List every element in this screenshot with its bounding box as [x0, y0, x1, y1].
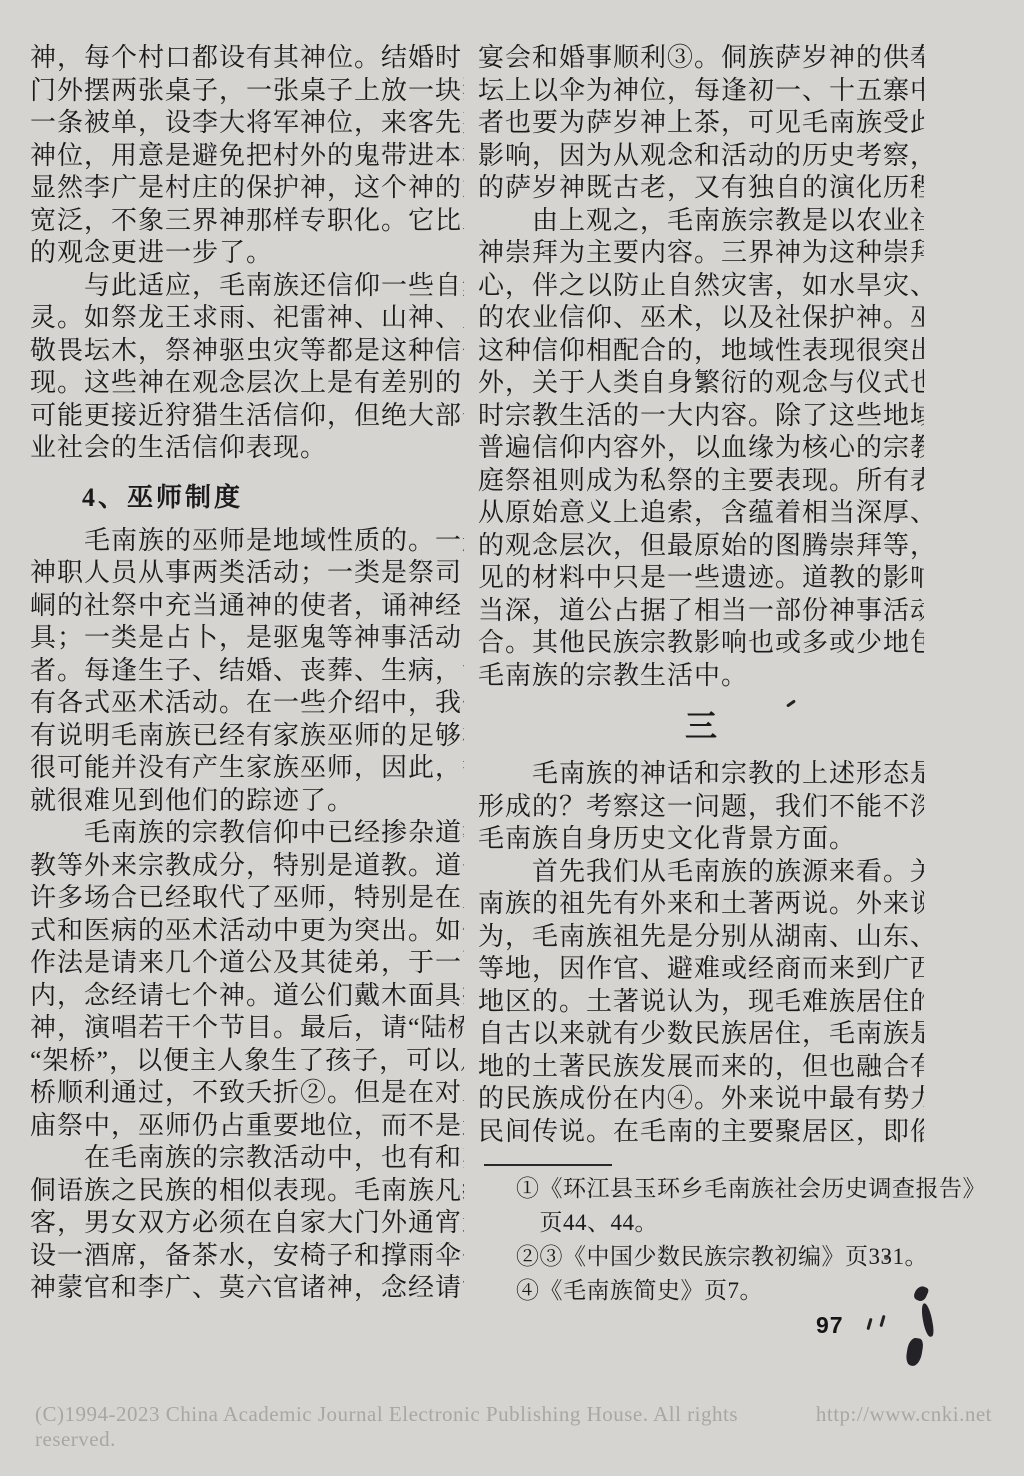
text-line: 敬畏坛木，祭神驱虫灾等都是这种信仰的表	[30, 335, 464, 368]
paragraph: 在毛南族的宗教活动中，也有和其他壮侗语族之民族的相似表现。毛南族凡结婚请客，男女…	[30, 1142, 464, 1305]
footnote-line: ①《环江县玉环乡毛南族社会历史调查报告》	[516, 1172, 924, 1206]
text-line: 客，男女双方必须在自家大门外通宵达旦地	[30, 1207, 464, 1240]
footnote-line: ④《毛南族简史》页7。	[516, 1274, 924, 1308]
text-line: 的民族成份在内④。外来说中最有势力者为	[478, 1083, 924, 1116]
text-line: 毛南族的宗教生活中。	[478, 660, 924, 693]
text-line: 在毛南族的宗教活动中，也有和其他壮	[30, 1142, 464, 1175]
footnote-divider	[484, 1164, 612, 1166]
text-line: 毛南族的神话和宗教的上述形态是怎样	[478, 758, 924, 791]
text-line: 自古以来就有少数民族居住，毛南族是由当	[478, 1018, 924, 1051]
page-number: 97	[816, 1312, 844, 1339]
text-line: 的农业信仰、巫术，以及社保护神。巫师是与	[478, 302, 924, 335]
cnki-watermark-footer: (C)1994-2023 China Academic Journal Elec…	[35, 1402, 992, 1452]
text-line: 式和医病的巫术活动中更为突出。如做桥的	[30, 915, 464, 948]
text-line: 神，每个村口都设有其神位。结婚时，主家在	[30, 42, 464, 75]
text-line: 门外摆两张桌子，一张桌子上放一块猪肉，	[30, 75, 464, 108]
text-line: 显然李广是村庄的保护神，这个神的意义较	[30, 172, 464, 205]
text-line: 现。这些神在观念层次上是有差别的，有的	[30, 367, 464, 400]
text-column-left: 神，每个村口都设有其神位。结婚时，主家在门外摆两张桌子，一张桌子上放一块猪肉，一…	[30, 42, 464, 1305]
paragraph: 首先我们从毛南族的族源来看。关于毛南族的祖先有外来和土著两说。外来说认为，毛南族…	[478, 856, 924, 1149]
text-line: 毛南族的宗教信仰中已经掺杂道教、佛	[30, 817, 464, 850]
footnote-line: 页44、44。	[516, 1206, 924, 1240]
text-line: 的观念更进一步了。	[30, 237, 464, 270]
text-line: 就很难见到他们的踪迹了。	[30, 785, 464, 818]
text-line: 毛南族自身历史文化背景方面。	[478, 823, 924, 856]
text-line: 可能更接近狩猎生活信仰，但绝大部分是农	[30, 400, 464, 433]
text-line: 合。其他民族宗教影响也或多或少地包含在	[478, 627, 924, 660]
text-line: 坛上以伞为神位，每逢初一、十五寨中侍神	[478, 75, 924, 108]
text-line: 设一酒席，备茶水，安椅子和撑雨伞供奉地方	[30, 1240, 464, 1273]
text-line: 峒的社祭中充当通神的使者，诵神经，着神	[30, 590, 464, 623]
text-line: 形成的？考察这一问题，我们不能不深入到	[478, 791, 924, 824]
text-line: 庭祭祖则成为私祭的主要表现。所有表现，	[478, 465, 924, 498]
text-column-right: 宴会和婚事顺利③。侗族萨岁神的供奉，神坛上以伞为神位，每逢初一、十五寨中侍神者也…	[478, 42, 924, 1308]
text-line: 具；一类是占卜，是驱鬼等神事活动的从事	[30, 622, 464, 655]
paragraph: 毛南族的神话和宗教的上述形态是怎样形成的？考察这一问题，我们不能不深入到毛南族自…	[478, 758, 924, 856]
text-line: 神职人员从事两类活动；一类是祭司，在村	[30, 557, 464, 590]
cnki-url: http://www.cnki.net	[816, 1402, 992, 1427]
text-line: 宴会和婚事顺利③。侗族萨岁神的供奉，神	[478, 42, 924, 75]
text-line: 地的土著民族发展而来的，但也融合有外来	[478, 1051, 924, 1084]
scanned-journal-page: 神，每个村口都设有其神位。结婚时，主家在门外摆两张桌子，一张桌子上放一块猪肉，一…	[0, 0, 1024, 1476]
text-line: 民间传说。在毛南的主要聚居区，即俗称的	[478, 1116, 924, 1149]
text-line: 普遍信仰内容外，以血缘为核心的宗教或家	[478, 432, 924, 465]
text-line: 从原始意义上追索，含蕴着相当深厚、久远	[478, 497, 924, 530]
text-line: 见的材料中只是一些遗迹。道教的影响已相	[478, 562, 924, 595]
text-line: 业社会的生活信仰表现。	[30, 432, 464, 465]
text-line: 有说明毛南族已经有家族巫师的足够材料，	[30, 720, 464, 753]
text-line: 桥顺利通过，不致夭折②。但是在对三界神的	[30, 1077, 464, 1110]
subsection-heading: 4、巫师制度	[30, 465, 464, 525]
text-line: 内，念经请七个神。道公们戴木面具扮成诸	[30, 980, 464, 1013]
ink-smudge	[884, 1255, 889, 1260]
text-line: 神蒙官和李广、莫六官诸神，念经请它们保护	[30, 1272, 464, 1305]
text-line: 外，关于人类自身繁衍的观念与仪式也是此	[478, 367, 924, 400]
text-line: 有各式巫术活动。在一些介绍中，我们还没见	[30, 687, 464, 720]
text-line: 神崇拜为主要内容。三界神为这种崇拜的核	[478, 237, 924, 270]
paragraph: 毛南族的宗教信仰中已经掺杂道教、佛教等外来宗教成分，特别是道教。道公们在许多场合…	[30, 817, 464, 1142]
text-line: 为，毛南族祖先是分别从湖南、山东、福建	[478, 921, 924, 954]
text-line: 时宗教生活的一大内容。除了这些地域性的	[478, 400, 924, 433]
text-line: 神，演唱若干个节目。最后，请“陆桥”来	[30, 1012, 464, 1045]
ink-smudge	[905, 1337, 924, 1367]
ink-smudge	[866, 1318, 872, 1330]
footnote-line: ②③《中国少数民族宗教初编》页331。	[516, 1240, 924, 1274]
text-line: 地区的。土著说认为，现毛难族居住的地方	[478, 986, 924, 1019]
ink-smudge	[879, 1315, 885, 1327]
text-line: 教等外来宗教成分，特别是道教。道公们在	[30, 850, 464, 883]
text-line: 影响，因为从观念和活动的历史考察，侗族	[478, 140, 924, 173]
text-line: 心，伴之以防止自然灾害，如水旱灾、虫灾	[478, 270, 924, 303]
text-line: 者。每逢生子、结婚、丧葬、生病，常常伴	[30, 655, 464, 688]
text-line: 由上观之，毛南族宗教是以农业社会社	[478, 205, 924, 238]
text-line: 毛南族的巫师是地域性质的。一般这些	[30, 525, 464, 558]
text-line: 侗语族之民族的相似表现。毛南族凡结婚请	[30, 1175, 464, 1208]
ink-smudge	[920, 1302, 935, 1337]
text-line: 南族的祖先有外来和土著两说。外来说认	[478, 888, 924, 921]
paragraph: 毛南族的巫师是地域性质的。一般这些神职人员从事两类活动；一类是祭司，在村峒的社祭…	[30, 525, 464, 818]
text-line: 神位，用意是避免把村外的鬼带进本村①。	[30, 140, 464, 173]
paragraph: 宴会和婚事顺利③。侗族萨岁神的供奉，神坛上以伞为神位，每逢初一、十五寨中侍神者也…	[478, 42, 924, 205]
text-line: 许多场合已经取代了巫师，特别是在人生仪	[30, 882, 464, 915]
text-line: 宽泛，不象三界神那样专职化。它比三界神	[30, 205, 464, 238]
copyright-text: (C)1994-2023 China Academic Journal Elec…	[35, 1402, 816, 1452]
text-line: 作法是请来几个道公及其徒弟，于一两天之	[30, 947, 464, 980]
section-heading: 三	[478, 692, 924, 758]
text-line: 这种信仰相配合的，地域性表现很突出。另	[478, 335, 924, 368]
text-line: 首先我们从毛南族的族源来看。关于毛	[478, 856, 924, 889]
text-line: 者也要为萨岁神上茶，可见毛南族受此习俗	[478, 107, 924, 140]
footnotes-block: ①《环江县玉环乡毛南族社会历史调查报告》 页44、44。②③《中国少数民族宗教初…	[478, 1172, 924, 1308]
text-line: 等地，因作官、避难或经商而来到广西毛难	[478, 953, 924, 986]
text-line: 的萨岁神既古老，又有独自的演化历程。	[478, 172, 924, 205]
text-line: 的观念层次，但最原始的图腾崇拜等，在所	[478, 530, 924, 563]
paragraph: 由上观之，毛南族宗教是以农业社会社神崇拜为主要内容。三界神为这种崇拜的核心，伴之…	[478, 205, 924, 693]
text-line: 庙祭中，巫师仍占重要地位，而不是道公。	[30, 1110, 464, 1143]
text-line: 与此适应，毛南族还信仰一些自然神	[30, 270, 464, 303]
paragraph: 神，每个村口都设有其神位。结婚时，主家在门外摆两张桌子，一张桌子上放一块猪肉，一…	[30, 42, 464, 270]
text-line: 当深，道公占据了相当一部份神事活动场	[478, 595, 924, 628]
text-line: 很可能并没有产生家族巫师，因此，祭祖中	[30, 752, 464, 785]
text-line: “架桥”，以便主人象生了孩子，可以从此	[30, 1045, 464, 1078]
text-line: 灵。如祭龙王求雨、祀雷神、山神、火神；	[30, 302, 464, 335]
paragraph: 与此适应，毛南族还信仰一些自然神灵。如祭龙王求雨、祀雷神、山神、火神；敬畏坛木，…	[30, 270, 464, 465]
text-line: 一条被单，设李大将军神位，来客先拜将军	[30, 107, 464, 140]
